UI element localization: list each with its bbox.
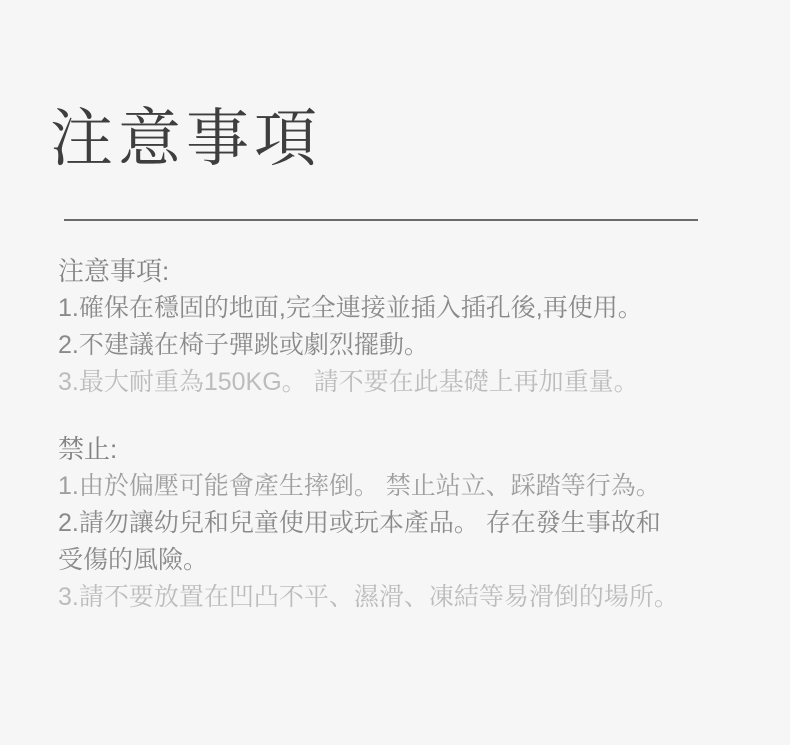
page-title: 注意事項: [50, 103, 790, 177]
section-heading-prohibitions: 禁止:: [58, 431, 684, 468]
prohibition-item-3: 3.請不要放置在凹凸不平、濕滑、凍結等易滑倒的場所。: [58, 579, 684, 616]
section-prohibitions: 禁止: 1.由於偏壓可能會產生摔倒。 禁止站立、踩踏等行為。 2.請勿讓幼兒和兒…: [58, 431, 684, 616]
precaution-item-1: 1.確保在穩固的地面,完全連接並插入插孔後,再使用。: [58, 290, 684, 327]
prohibition-item-1: 1.由於偏壓可能會產生摔倒。 禁止站立、踩踏等行為。: [58, 468, 684, 505]
section-heading-precautions: 注意事項:: [58, 253, 684, 290]
precaution-item-3: 3.最大耐重為150KG。 請不要在此基礎上再加重量。: [58, 364, 684, 401]
prohibition-item-2: 2.請勿讓幼兒和兒童使用或玩本產品。 存在發生事故和受傷的風險。: [58, 505, 684, 579]
notice-content: 注意事項: 1.確保在穩固的地面,完全連接並插入插孔後,再使用。 2.不建議在椅…: [58, 253, 684, 616]
title-underline-rule: [64, 219, 698, 221]
precaution-item-2: 2.不建議在椅子彈跳或劇烈擺動。: [58, 327, 684, 364]
section-precautions: 注意事項: 1.確保在穩固的地面,完全連接並插入插孔後,再使用。 2.不建議在椅…: [58, 253, 684, 401]
